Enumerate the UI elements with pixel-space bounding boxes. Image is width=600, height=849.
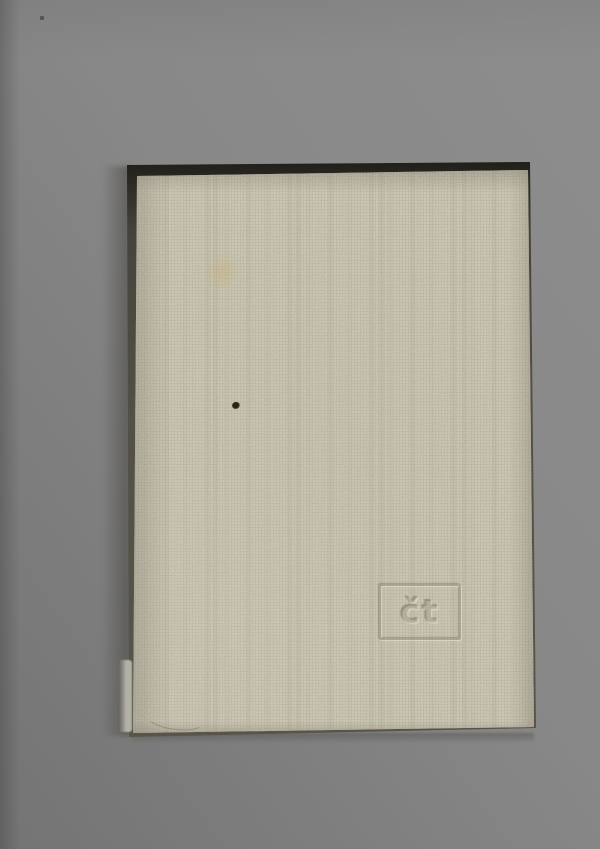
yellow-stain xyxy=(200,246,244,298)
scanner-dust-speck xyxy=(40,16,44,20)
book-left-shadow-penumbra xyxy=(102,166,130,736)
publisher-emboss-stamp: čt xyxy=(379,584,461,640)
scanned-book-photo: čt xyxy=(0,0,600,849)
emboss-monogram-letters: čt xyxy=(400,593,440,631)
board-edge-highlight xyxy=(119,660,132,732)
